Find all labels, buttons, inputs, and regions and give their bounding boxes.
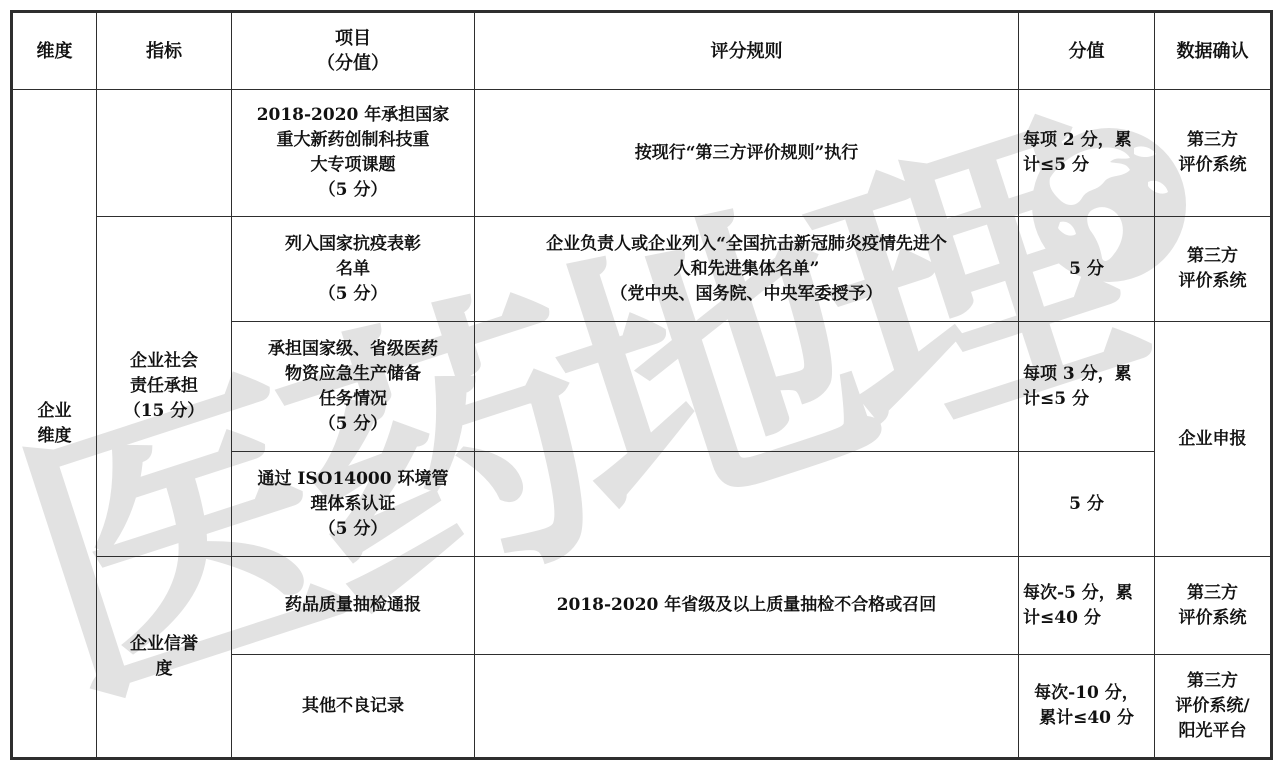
cell-rule-5: 2018-2020 年省级及以上质量抽检不合格或召回 [475,557,1019,655]
cell-source-5: 第三方 评价系统 [1155,557,1272,655]
scoring-table: 维度 指标 项目 （分值） 评分规则 分值 数据确认 企业 维度 2018-20… [10,10,1273,760]
scoring-table-wrapper: 维度 指标 项目 （分值） 评分规则 分值 数据确认 企业 维度 2018-20… [10,10,1273,760]
scanned-document-page: 医药地理 维度 指标 项目 （分值） 评分规则 分值 [0,0,1280,763]
cell-indicator-credit: 企业信誉 度 [97,557,232,759]
table-row-5: 企业信誉 度 药品质量抽检通报 2018-2020 年省级及以上质量抽检不合格或… [12,557,1272,655]
cell-source-3-4: 企业申报 [1155,322,1272,557]
cell-source-1: 第三方 评价系统 [1155,90,1272,217]
cell-rule-2: 企业负责人或企业列入“全国抗击新冠肺炎疫情先进个 人和先进集体名单” （党中央、… [475,217,1019,322]
cell-score-2: 5 分 [1019,217,1155,322]
cell-score-5: 每次-5 分，累 计≤40 分 [1019,557,1155,655]
table-row-1: 企业 维度 2018-2020 年承担国家 重大新药创制科技重 大专项课题 （5… [12,90,1272,217]
header-indicator: 指标 [97,12,232,90]
header-confirm: 数据确认 [1155,12,1272,90]
cell-item-6: 其他不良记录 [232,655,475,759]
cell-item-3: 承担国家级、省级医药 物资应急生产储备 任务情况 （5 分） [232,322,475,452]
cell-item-2: 列入国家抗疫表彰 名单 （5 分） [232,217,475,322]
cell-item-4: 通过 ISO14000 环境管 理体系认证 （5 分） [232,452,475,557]
cell-indicator-social: 企业社会 责任承担 （15 分） [97,217,232,557]
cell-item-1: 2018-2020 年承担国家 重大新药创制科技重 大专项课题 （5 分） [232,90,475,217]
cell-score-3: 每项 3 分，累 计≤5 分 [1019,322,1155,452]
table-row-2: 企业社会 责任承担 （15 分） 列入国家抗疫表彰 名单 （5 分） 企业负责人… [12,217,1272,322]
header-score: 分值 [1019,12,1155,90]
cell-rule-1: 按现行“第三方评价规则”执行 [475,90,1019,217]
header-project: 项目 （分值） [232,12,475,90]
cell-score-6: 每次-10 分， 累计≤40 分 [1019,655,1155,759]
cell-score-1: 每项 2 分，累 计≤5 分 [1019,90,1155,217]
cell-rule-3 [475,322,1019,452]
cell-dimension: 企业 维度 [12,90,97,759]
cell-score-4: 5 分 [1019,452,1155,557]
header-rule: 评分规则 [475,12,1019,90]
header-row: 维度 指标 项目 （分值） 评分规则 分值 数据确认 [12,12,1272,90]
cell-indicator-empty [97,90,232,217]
cell-rule-4 [475,452,1019,557]
header-dimension: 维度 [12,12,97,90]
cell-item-5: 药品质量抽检通报 [232,557,475,655]
cell-source-6: 第三方 评价系统/ 阳光平台 [1155,655,1272,759]
cell-source-2: 第三方 评价系统 [1155,217,1272,322]
cell-rule-6 [475,655,1019,759]
